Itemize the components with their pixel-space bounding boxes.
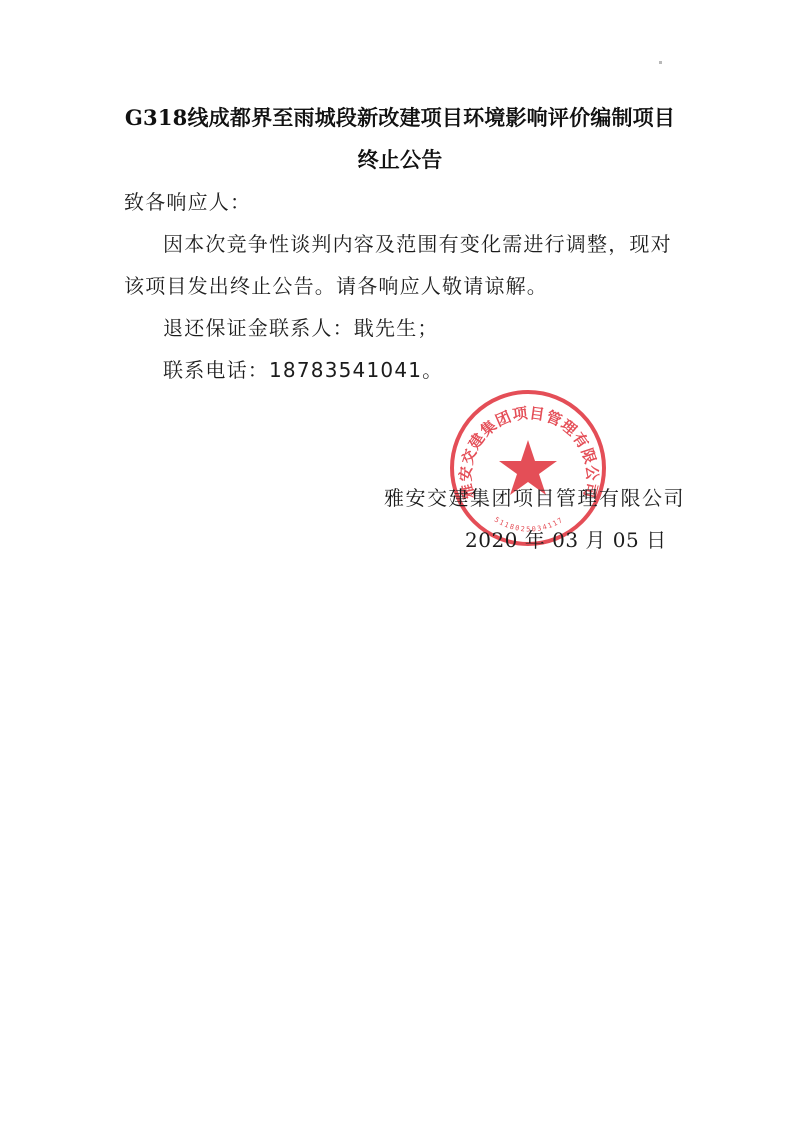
document-page: G318线成都界至雨城段新改建项目环境影响评价编制项目 终止公告 致各响应人： … [0, 0, 800, 1130]
contact-phone: 联系电话：18783541041。 [163, 354, 443, 383]
body-paragraph-line-2: 该项目发出终止公告。请各响应人敬请谅解。 [124, 270, 548, 299]
scan-speck [659, 61, 662, 64]
greeting: 致各响应人： [124, 186, 251, 215]
document-subtitle: 终止公告 [0, 144, 800, 174]
signature-company: 雅安交建集团项目管理有限公司 [384, 482, 685, 511]
signature-date: 2020 年 03 月 05 日 [465, 524, 667, 553]
document-title: G318线成都界至雨城段新改建项目环境影响评价编制项目 [0, 102, 800, 132]
body-paragraph-line-1: 因本次竞争性谈判内容及范围有变化需进行调整，现对 [163, 228, 672, 257]
contact-person: 退还保证金联系人：戢先生； [163, 312, 439, 341]
